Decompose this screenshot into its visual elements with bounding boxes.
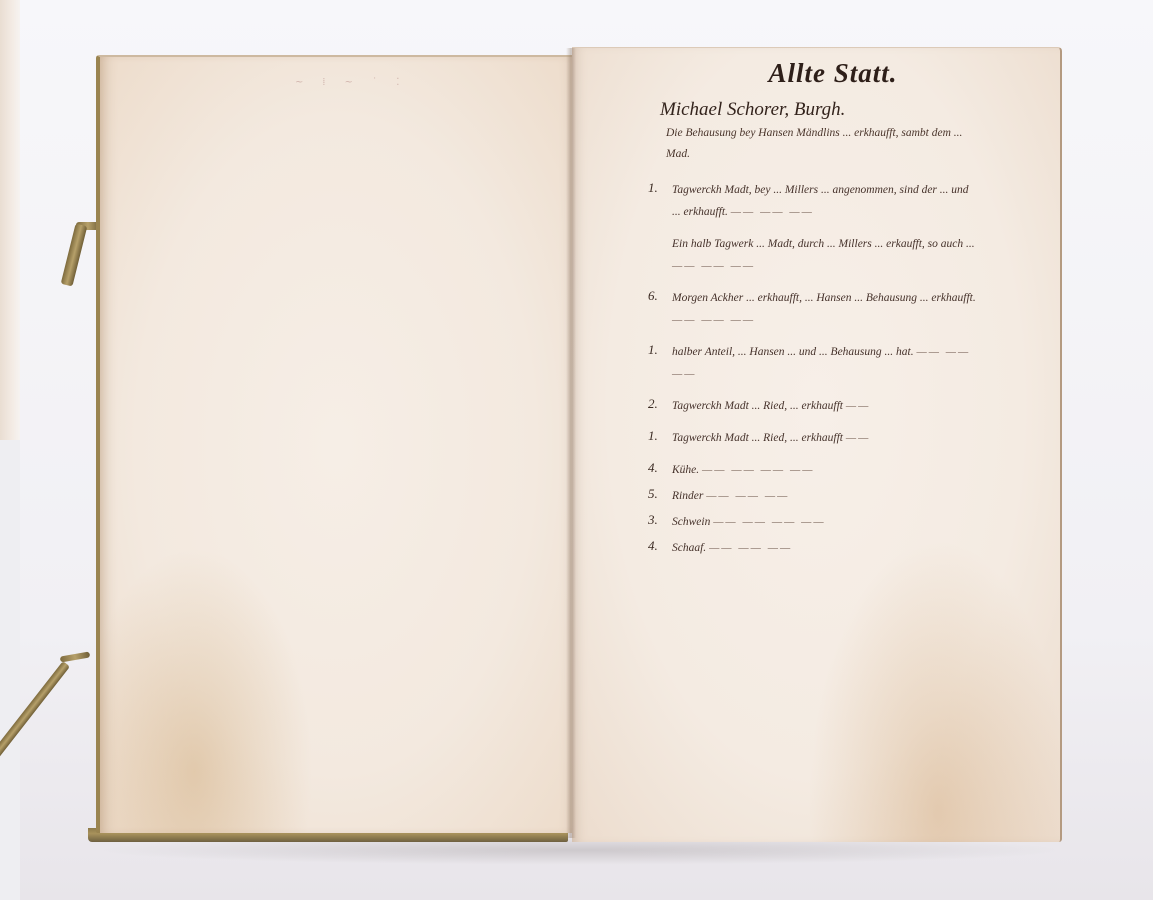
entry-quantity: 6. — [648, 287, 672, 331]
manuscript-text: Allte Statt. Michael Schorer, Burgh. Die… — [648, 58, 978, 563]
list-item: 4. Kühe. —— —— —— —— — [648, 459, 978, 481]
entry-quantity: 1. — [648, 179, 672, 223]
list-item: 5. Rinder —— —— —— — [648, 485, 978, 507]
list-item: 1. Tagwerckh Madt ... Ried, ... erkhauff… — [648, 427, 978, 449]
list-item: Ein halb Tagwerk ... Madt, durch ... Mil… — [648, 233, 978, 277]
list-item: 6. Morgen Ackher ... erkhaufft, ... Hans… — [648, 287, 978, 331]
entry-text: Schwein —— —— —— —— — [672, 511, 978, 533]
entry-quantity: 4. — [648, 537, 672, 559]
entry-quantity: 1. — [648, 427, 672, 449]
bleed-through-marks: ~ ⁞ ~ ˙ ⁚ — [295, 77, 407, 88]
list-item: 1. Tagwerckh Madt, bey ... Millers ... a… — [648, 179, 978, 223]
entry-text: Tagwerckh Madt ... Ried, ... erkhaufft —… — [672, 395, 978, 417]
wooden-surface-edge — [0, 0, 20, 440]
intro-paragraph: Die Behausung bey Hansen Mändlins ... er… — [666, 123, 978, 165]
list-item: 3. Schwein —— —— —— —— — [648, 511, 978, 533]
entry-quantity: 2. — [648, 395, 672, 417]
entry-quantity — [648, 233, 672, 277]
entry-text: Tagwerckh Madt, bey ... Millers ... ange… — [672, 179, 978, 223]
entry-quantity: 4. — [648, 459, 672, 481]
left-page-blank: ~ ⁞ ~ ˙ ⁚ — [96, 55, 572, 833]
entry-quantity: 1. — [648, 341, 672, 385]
entry-text: Schaaf. —— —— —— — [672, 537, 978, 559]
page-title: Allte Statt. — [688, 58, 978, 89]
entry-quantity: 5. — [648, 485, 672, 507]
entry-text: Rinder —— —— —— — [672, 485, 978, 507]
list-item: 2. Tagwerckh Madt ... Ried, ... erkhauff… — [648, 395, 978, 417]
owner-heading: Michael Schorer, Burgh. — [660, 99, 978, 121]
list-item: 4. Schaaf. —— —— —— — [648, 537, 978, 559]
entry-text: Kühe. —— —— —— —— — [672, 459, 978, 481]
entry-text: Tagwerckh Madt ... Ried, ... erkhaufft —… — [672, 427, 978, 449]
book-gutter — [566, 48, 576, 838]
entry-text: Ein halb Tagwerk ... Madt, durch ... Mil… — [672, 233, 978, 277]
entry-text: halber Anteil, ... Hansen ... und ... Be… — [672, 341, 978, 385]
entry-text: Morgen Ackher ... erkhaufft, ... Hansen … — [672, 287, 978, 331]
entry-quantity: 3. — [648, 511, 672, 533]
list-item: 1. halber Anteil, ... Hansen ... und ...… — [648, 341, 978, 385]
